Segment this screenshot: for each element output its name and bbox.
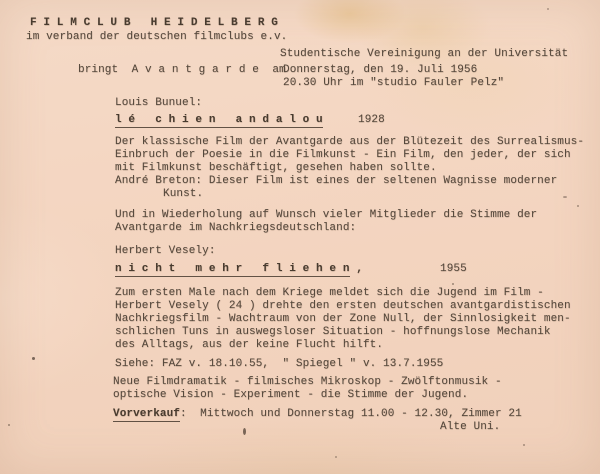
film1-desc-3-segment: mit Filmkunst beschäftigt, gesehen haben… — [115, 162, 437, 174]
repeat-note-1-segment: Und in Wiederholung auf Wunsch vieler Mi… — [115, 209, 537, 221]
film2-desc-5: des Alltags, aus der keine Flucht hilft. — [115, 339, 383, 352]
event-time-venue: 20.30 Uhr im "studio Fauler Pelz" — [283, 77, 504, 90]
film-title-2-segment: n i c h t m e h r f l i e h e n — [115, 263, 350, 277]
ink-speck — [243, 428, 246, 435]
film1-desc-2: Einbruch der Poesie in die Filmkunst - E… — [115, 149, 571, 162]
ink-speck — [8, 424, 10, 426]
event-date: Donnerstag, den 19. Juli 1956 — [283, 64, 477, 77]
film1-desc-2-segment: Einbruch der Poesie in die Filmkunst - E… — [115, 149, 571, 161]
film-year-1: 1928 — [358, 114, 385, 127]
film-year-2: 1955 — [440, 263, 467, 276]
director-1-segment: Louis Bunuel: — [115, 97, 202, 109]
ink-speck — [452, 283, 454, 285]
repeat-note-2: Avantgarde im Nachkriegsdeutschland: — [115, 222, 356, 235]
flyer-paper: F I L M C L U B H E I D E L B E R Gim ve… — [0, 0, 600, 474]
film1-quote-2-segment: Kunst. — [163, 188, 203, 200]
ink-speck — [335, 456, 337, 458]
film-year-1-segment: 1928 — [358, 114, 385, 126]
presale-line-segment: : Mittwoch und Donnerstag 11.00 - 12.30,… — [180, 408, 522, 420]
film2-desc-2-segment: Herbert Vesely ( 24 ) drehte den ersten … — [115, 300, 571, 312]
org-subtitle: im verband der deutschen filmclubs e.v. — [26, 31, 287, 44]
association-line-segment: Studentische Vereinigung an der Universi… — [280, 48, 568, 60]
series-line-segment: bringt A v a n t g a r d e am — [78, 64, 286, 76]
org-subtitle-segment: im verband der deutschen filmclubs e.v. — [26, 31, 287, 43]
presale-line: Vorverkauf: Mittwoch und Donnerstag 11.0… — [113, 408, 522, 421]
ink-speck — [563, 196, 567, 198]
ink-speck — [577, 205, 579, 207]
presale-location-segment: Alte Uni. — [440, 421, 500, 433]
film2-desc-2: Herbert Vesely ( 24 ) drehte den ersten … — [115, 300, 571, 313]
film-title-2-segment: , — [350, 263, 363, 275]
org-title: F I L M C L U B H E I D E L B E R G — [30, 17, 278, 30]
film-title-1: l é c h i e n a n d a l o u — [115, 114, 323, 127]
film2-desc-3: Nachkriegsfilm - Wachtraum von der Zone … — [115, 313, 571, 326]
coffee-stain — [296, 0, 446, 55]
film1-quote-2: Kunst. — [163, 188, 203, 201]
film2-desc-4: schlichen Tuns in auswegsloser Situation… — [115, 326, 551, 339]
film-title-1-segment: l é c h i e n a n d a l o u — [115, 114, 323, 128]
film1-quote-1: André Breton: Dieser Film ist eines der … — [115, 175, 557, 188]
presale-location: Alte Uni. — [440, 421, 500, 434]
film1-quote-1-segment: André Breton: Dieser Film ist eines der … — [115, 175, 557, 187]
keywords-1: Neue Filmdramatik - filmisches Mikroskop… — [113, 376, 502, 389]
ink-speck — [523, 444, 525, 446]
series-line: bringt A v a n t g a r d e am — [78, 64, 286, 77]
press-references-segment: Siehe: FAZ v. 18.10.55, " Spiegel " v. 1… — [115, 358, 443, 370]
ink-speck — [32, 357, 35, 360]
director-2-segment: Herbert Vesely: — [115, 245, 216, 257]
press-references: Siehe: FAZ v. 18.10.55, " Spiegel " v. 1… — [115, 358, 443, 371]
film2-desc-5-segment: des Alltags, aus der keine Flucht hilft. — [115, 339, 383, 351]
film2-desc-1: Zum ersten Male nach dem Kriege meldet s… — [115, 287, 544, 300]
director-1: Louis Bunuel: — [115, 97, 202, 110]
org-title-segment: F I L M C L U B H E I D E L B E R G — [30, 17, 278, 29]
repeat-note-1: Und in Wiederholung auf Wunsch vieler Mi… — [115, 209, 537, 222]
event-time-venue-segment: 20.30 Uhr im "studio Fauler Pelz" — [283, 77, 504, 89]
film1-desc-1-segment: Der klassische Film der Avantgarde aus d… — [115, 136, 584, 148]
ink-speck — [547, 8, 549, 10]
keywords-1-segment: Neue Filmdramatik - filmisches Mikroskop… — [113, 376, 502, 388]
film1-desc-1: Der klassische Film der Avantgarde aus d… — [115, 136, 584, 149]
association-line: Studentische Vereinigung an der Universi… — [280, 48, 568, 61]
presale-line-segment: Vorverkauf — [113, 408, 180, 422]
film2-desc-1-segment: Zum ersten Male nach dem Kriege meldet s… — [115, 287, 544, 299]
event-date-segment: Donnerstag, den 19. Juli 1956 — [283, 64, 477, 76]
keywords-2: optische Vision - Experiment - die Stimm… — [113, 389, 468, 402]
film-year-2-segment: 1955 — [440, 263, 467, 275]
repeat-note-2-segment: Avantgarde im Nachkriegsdeutschland: — [115, 222, 356, 234]
keywords-2-segment: optische Vision - Experiment - die Stimm… — [113, 389, 468, 401]
film-title-2: n i c h t m e h r f l i e h e n , — [115, 263, 363, 276]
film1-desc-3: mit Filmkunst beschäftigt, gesehen haben… — [115, 162, 437, 175]
film2-desc-3-segment: Nachkriegsfilm - Wachtraum von der Zone … — [115, 313, 571, 325]
film2-desc-4-segment: schlichen Tuns in auswegsloser Situation… — [115, 326, 551, 338]
director-2: Herbert Vesely: — [115, 245, 216, 258]
